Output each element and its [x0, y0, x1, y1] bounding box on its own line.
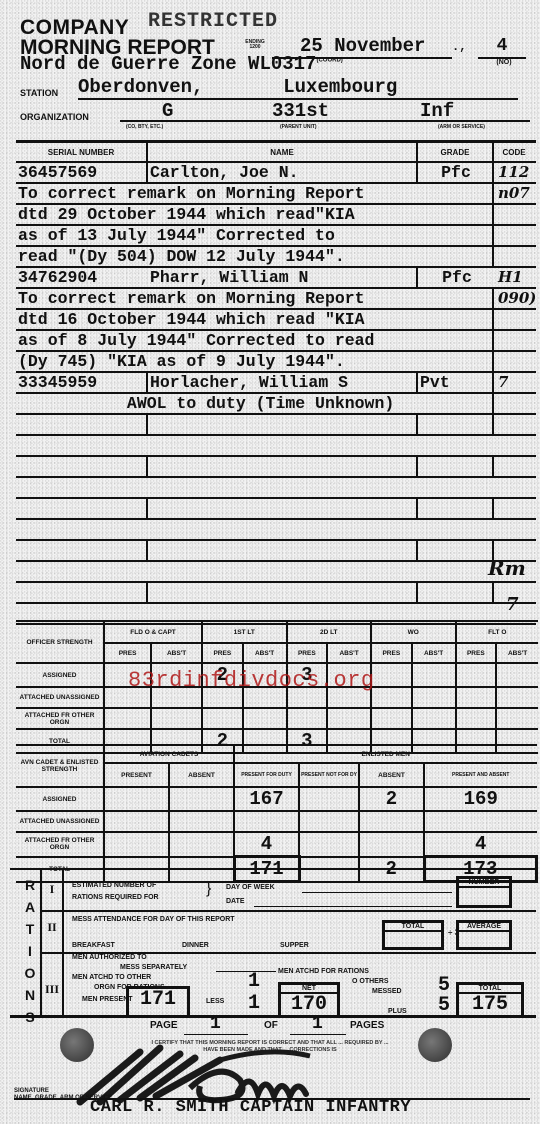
- brace: }: [206, 880, 211, 898]
- code: H1: [494, 268, 534, 287]
- watermark: 83rdinfdivdocs.org: [128, 668, 375, 693]
- enlisted-row-attached-unassigned: ATTACHED UNASSIGNED: [16, 811, 537, 832]
- code: [494, 394, 534, 413]
- day-of-week-line: [302, 892, 452, 893]
- cell: 2: [359, 787, 424, 811]
- blank-row: [16, 583, 536, 604]
- record-row: 34762904 Pharr, William N Pfc H1: [16, 268, 536, 289]
- pages-value: 1: [312, 1014, 323, 1034]
- station-value: Oberdonven, Luxembourg: [78, 76, 518, 100]
- station-label: STATION: [20, 88, 58, 98]
- grade: Pvt: [418, 373, 494, 392]
- divider: [62, 870, 64, 1015]
- remark-text: read "(Dy 504) DOW 12 July 1944".: [16, 247, 494, 266]
- remark-row: dtd 29 October 1944 which read"KIA: [16, 205, 536, 226]
- enlisted-row-assigned: ASSIGNED 167 2 169: [16, 787, 537, 811]
- box-title: NUMBER: [459, 879, 509, 888]
- col-serial-number: SERIAL NUMBER: [16, 143, 148, 161]
- grid-coordinate: 0317: [271, 53, 317, 75]
- location-line: Nord de Guerre Zone WL0317(COORD): [20, 53, 343, 75]
- plus-value: 5: [438, 994, 450, 1017]
- row-label: ATTACHED FR OTHER ORGN: [16, 832, 104, 857]
- cell: [359, 832, 424, 857]
- subcol-abst: ABS'T: [243, 643, 287, 663]
- grand-total-value: 175: [459, 994, 521, 1016]
- margin-initials: Rm: [488, 556, 526, 580]
- section-ii-label: II: [43, 920, 61, 935]
- row-label: ATTACHED UNASSIGNED: [16, 811, 104, 832]
- personnel-record-table: SERIAL NUMBER NAME GRADE CODE 36457569 C…: [16, 140, 536, 625]
- cell: [371, 663, 412, 687]
- grand-total-box: TOTAL 175: [456, 982, 524, 1018]
- blank-row: [16, 457, 536, 478]
- org-company: G: [162, 100, 173, 122]
- record-header-row: SERIAL NUMBER NAME GRADE CODE: [16, 143, 536, 163]
- cell: [169, 832, 234, 857]
- subcol-pres: PRES: [371, 643, 412, 663]
- col-code: CODE: [494, 143, 534, 161]
- code: [494, 310, 534, 329]
- men-present-label: MEN PRESENT: [82, 996, 133, 1003]
- org-sublabel-company: (CO, BTY, ETC.): [126, 124, 163, 130]
- cell: 169: [424, 787, 537, 811]
- letter: A: [20, 896, 40, 918]
- enlisted-strength-title: AVN CADET & ENLISTED STRENGTH: [16, 745, 104, 787]
- page-value: 1: [210, 1014, 221, 1034]
- subcol-abst: ABS'T: [496, 643, 538, 663]
- cell: [104, 832, 169, 857]
- dinner-label: DINNER: [182, 942, 209, 949]
- org-sublabel-arm: (ARM OR SERVICE): [438, 124, 485, 130]
- blank-row: [16, 541, 536, 562]
- soldier-name: Horlacher, William S: [148, 373, 418, 392]
- org-sublabel-unit: (PARENT UNIT): [280, 124, 317, 130]
- remark-row: read "(Dy 504) DOW 12 July 1944".: [16, 247, 536, 268]
- row-label: ATTACHED UNASSIGNED: [16, 687, 104, 708]
- signature-label-text: SIGNATURE: [14, 1088, 112, 1095]
- serial-number: 33345959: [16, 373, 148, 392]
- others-label: O OTHERS: [352, 978, 389, 985]
- row-label: ASSIGNED: [16, 663, 104, 687]
- mess-total-box: TOTAL: [382, 920, 444, 950]
- divider: [40, 910, 536, 912]
- code: [494, 247, 534, 266]
- blank-row: [16, 436, 536, 457]
- section-i-label: I: [43, 882, 61, 897]
- organization-value: G 331st Inf: [120, 100, 530, 122]
- letter: I: [20, 940, 40, 962]
- divider: [40, 870, 42, 1015]
- remark-row: dtd 16 October 1944 which read "KIA: [16, 310, 536, 331]
- record-row: 36457569 Carlton, Joe N. Pfc 112: [16, 163, 536, 184]
- s1-label-line2: RATIONS REQUIRED FOR: [72, 894, 159, 901]
- s3-auth-line1: MEN AUTHORIZED TO: [72, 954, 147, 961]
- letter: S: [20, 1006, 40, 1028]
- code: 090): [494, 289, 534, 308]
- cell: [412, 663, 456, 687]
- remark-text: To correct remark on Morning Report: [16, 289, 494, 308]
- remark-row: To correct remark on Morning Report n07: [16, 184, 536, 205]
- grade: Pfc: [418, 163, 494, 182]
- subcol-pres: PRES: [202, 643, 243, 663]
- report-number-label: (NO): [484, 60, 524, 65]
- org-sublabels: (CO, BTY, ETC.) (PARENT UNIT) (ARM OR SE…: [120, 124, 530, 132]
- cell: [299, 787, 359, 811]
- subcol-pres: PRES: [456, 643, 497, 663]
- subcol-abst: ABS'T: [151, 643, 202, 663]
- s2-label: MESS ATTENDANCE FOR DAY OF THIS REPORT: [72, 916, 235, 923]
- remark-row: (Dy 745) "KIA as of 9 July 1944".: [16, 352, 536, 373]
- atchd-other-value: 1: [248, 970, 260, 993]
- margin-mark: 7: [506, 594, 519, 615]
- enlisted-strength-table: AVN CADET & ENLISTED STRENGTH AVIATION C…: [16, 744, 538, 883]
- officer-row-attached-other: ATTACHED FR OTHER ORGN: [16, 708, 538, 729]
- less-label: LESS: [206, 998, 224, 1005]
- men-present-box: 171: [126, 986, 190, 1016]
- col-grade: GRADE: [418, 143, 494, 161]
- letter: O: [20, 962, 40, 984]
- rations-number-box: NUMBER: [456, 876, 512, 908]
- group-enlisted-men: ENLISTED MEN: [234, 745, 537, 763]
- cell: [104, 787, 169, 811]
- group-1st-lt: 1ST LT: [202, 621, 287, 643]
- location-text: Nord de Guerre Zone WL: [20, 53, 271, 75]
- code: [494, 331, 534, 350]
- subcol-present: PRESENT: [104, 763, 169, 787]
- col-name: NAME: [148, 143, 418, 161]
- letter: R: [20, 874, 40, 896]
- rations-section: R A T I O N S I II III ESTIMATED NUMBER …: [10, 868, 536, 1018]
- cell: 167: [234, 787, 299, 811]
- remark-text: AWOL to duty (Time Unknown): [16, 394, 494, 413]
- group-flt-o: FLT O: [456, 621, 539, 643]
- blank-row: [16, 499, 536, 520]
- less-value: 1: [248, 992, 260, 1015]
- officer-strength-title: OFFICER STRENGTH: [16, 621, 104, 663]
- box-title: AVERAGE: [459, 923, 509, 932]
- org-unit: 331st: [272, 100, 329, 122]
- box-title: TOTAL: [385, 923, 441, 932]
- code: n07: [494, 184, 534, 203]
- blank-row: [16, 520, 536, 541]
- page-line: [184, 1034, 248, 1035]
- subcol-present-for-duty: PRESENT FOR DUTY: [234, 763, 299, 787]
- net-value: 170: [281, 994, 337, 1016]
- report-number: 4: [478, 36, 526, 59]
- remark-text: dtd 29 October 1944 which read"KIA: [16, 205, 494, 224]
- date-suffix: .,: [452, 40, 466, 54]
- blank-row: [16, 415, 536, 436]
- subcol-present-not-for-duty: PRESENT NOT FOR DY: [299, 763, 359, 787]
- cell: [169, 787, 234, 811]
- organization-label: ORGANIZATION: [20, 112, 89, 122]
- blank-row: [16, 562, 536, 583]
- group-2d-lt: 2D LT: [287, 621, 372, 643]
- grid-coord-label: (COORD): [316, 58, 342, 64]
- binder-hole-right: [418, 1028, 452, 1062]
- soldier-name: Carlton, Joe N.: [148, 163, 418, 182]
- date-label: DATE: [226, 898, 245, 905]
- cell: [299, 832, 359, 857]
- remark-text: as of 8 July 1944" Corrected to read: [16, 331, 494, 350]
- remark-row: as of 8 July 1944" Corrected to read: [16, 331, 536, 352]
- subcol-abst: ABS'T: [412, 643, 456, 663]
- code: [494, 205, 534, 224]
- net-box: NET 170: [278, 982, 340, 1018]
- s3-atchd-line1: MEN ATCHD TO OTHER: [72, 974, 151, 981]
- remark-row: To correct remark on Morning Report 090): [16, 289, 536, 310]
- grade: Pfc: [418, 268, 494, 287]
- ending-label: ENDING 1200: [243, 40, 267, 50]
- serial-number: 34762904: [16, 268, 148, 287]
- remark-row: AWOL to duty (Time Unknown): [16, 394, 536, 415]
- cell: [456, 663, 497, 687]
- subcol-present-and-absent: PRESENT AND ABSENT: [424, 763, 537, 787]
- subcol-pres: PRES: [104, 643, 151, 663]
- code: 7: [494, 373, 534, 392]
- average-box: AVERAGE: [456, 920, 512, 950]
- remark-row: as of 13 July 1944" Corrected to: [16, 226, 536, 247]
- enlisted-row-attached-other: ATTACHED FR OTHER ORGN 4 4: [16, 832, 537, 857]
- remark-text: (Dy 745) "KIA as of 9 July 1944".: [16, 352, 494, 371]
- code: 112: [494, 163, 534, 182]
- breakfast-label: BREAKFAST: [72, 942, 115, 949]
- code: [494, 226, 534, 245]
- remark-text: dtd 16 October 1944 which read "KIA: [16, 310, 494, 329]
- row-label: ATTACHED FR OTHER ORGN: [16, 708, 104, 729]
- of-label: OF: [264, 1020, 278, 1031]
- rations-side-label: R A T I O N S: [20, 874, 40, 1028]
- cell: [496, 663, 538, 687]
- cell: 4: [234, 832, 299, 857]
- cell: 4: [424, 832, 537, 857]
- supper-label: SUPPER: [280, 942, 309, 949]
- s3-auth-line2: MESS SEPARATELY: [120, 964, 187, 971]
- men-present-value: 171: [129, 989, 187, 1011]
- letter: N: [20, 984, 40, 1006]
- row-label: ASSIGNED: [16, 787, 104, 811]
- letter: T: [20, 918, 40, 940]
- subcol-pres: PRES: [287, 643, 328, 663]
- subcol-absent: ABSENT: [169, 763, 234, 787]
- section-iii-label: III: [43, 982, 61, 997]
- group-aviation-cadets: AVIATION CADETS: [104, 745, 234, 763]
- page-label: PAGE: [150, 1020, 178, 1031]
- morning-report-page: COMPANY RESTRICTED MORNING REPORT ENDING…: [0, 0, 540, 1124]
- remark-text: To correct remark on Morning Report: [16, 184, 494, 203]
- code: [494, 352, 534, 371]
- pages-line: [290, 1034, 346, 1035]
- date-line: [254, 906, 452, 907]
- blank-row: [16, 478, 536, 499]
- record-row: 33345959 Horlacher, William S Pvt 7: [16, 373, 536, 394]
- subcol-abst: ABS'T: [327, 643, 371, 663]
- soldier-name: Pharr, William N: [148, 268, 418, 287]
- group-wo: WO: [371, 621, 456, 643]
- atchd-for-rations-label: MEN ATCHD FOR RATIONS: [278, 968, 369, 975]
- pages-label: PAGES: [350, 1020, 384, 1031]
- remark-text: as of 13 July 1944" Corrected to: [16, 226, 494, 245]
- signer-name: CARL R. SMITH CAPTAIN INFANTRY: [90, 1098, 411, 1117]
- plus-label: PLUS: [388, 1008, 407, 1015]
- classification-stamp: RESTRICTED: [148, 10, 278, 33]
- subcol-absent-em: ABSENT: [359, 763, 424, 787]
- serial-number: 36457569: [16, 163, 148, 182]
- day-of-week-label: DAY OF WEEK: [226, 884, 275, 891]
- auth-line: [216, 971, 276, 972]
- others-label2: MESSED: [372, 988, 402, 995]
- group-fld-o-capt: FLD O & CAPT: [104, 621, 202, 643]
- org-arm: Inf: [420, 100, 454, 122]
- s1-label-line1: ESTIMATED NUMBER OF: [72, 882, 156, 889]
